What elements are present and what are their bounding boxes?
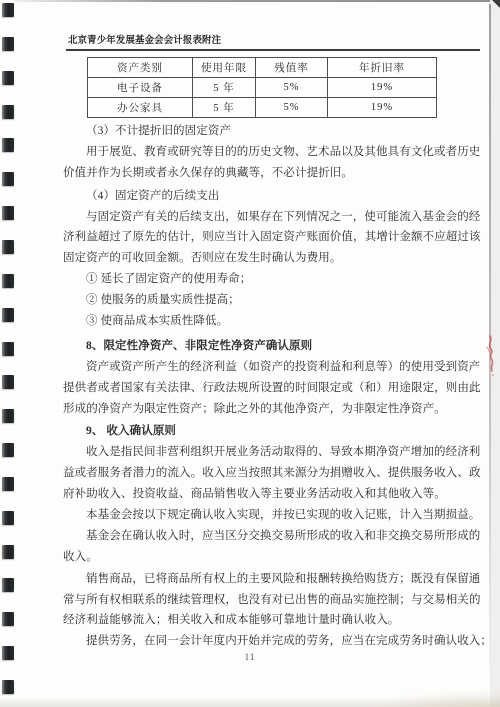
header-rule bbox=[66, 49, 480, 51]
binding-hole bbox=[2, 612, 14, 626]
table-cell: 5 年 bbox=[193, 98, 256, 118]
binding-hole bbox=[2, 578, 14, 592]
binding-hole bbox=[2, 545, 14, 559]
text-line: （3）不计提折旧的固定资产 bbox=[63, 121, 449, 142]
table-cell: 办公家具 bbox=[88, 98, 193, 118]
text-line: 用于展览、教育或研究等目的的历史文物、艺术品以及其他具有文化或者历史 bbox=[63, 142, 449, 163]
scan-bottom-corner-shadow bbox=[370, 689, 500, 707]
table-header-cell: 资产类别 bbox=[88, 58, 193, 78]
binding-hole bbox=[2, 37, 14, 51]
table-cell: 19% bbox=[328, 98, 437, 118]
text-line: ① 延长了固定资产的使用寿命； bbox=[63, 269, 449, 290]
binding-holes bbox=[0, 0, 20, 707]
binding-hole bbox=[2, 172, 14, 186]
document-body: （3）不计提折旧的固定资产用于展览、教育或研究等目的的历史文物、艺术品以及其他具… bbox=[63, 121, 449, 652]
binding-hole bbox=[2, 375, 14, 389]
text-line: 本基金会按以下规定确认收入实现，并按已实现的收入记账，计入当期损益。 bbox=[63, 505, 449, 526]
page-top-edge bbox=[14, 0, 500, 2]
binding-hole bbox=[2, 511, 14, 525]
page-corner-mark bbox=[491, 0, 500, 9]
text-line: 销售商品，已将商品所有权上的主要风险和报酬转换给购货方；既没有保留通 bbox=[63, 569, 449, 590]
red-ink-mark bbox=[483, 335, 499, 379]
table-body: 电子设备5 年5%19%办公家具5 年5%19% bbox=[88, 78, 437, 118]
binding-hole bbox=[2, 105, 14, 119]
binding-hole bbox=[2, 71, 14, 85]
binding-hole bbox=[2, 3, 14, 17]
document-header-title: 北京青少年发展基金会会计报表附注 bbox=[68, 32, 221, 46]
binding-hole bbox=[2, 308, 14, 322]
page-number: 11 bbox=[0, 652, 500, 662]
table-cell: 5% bbox=[256, 98, 328, 118]
text-line: 收入是指民间非营利组织开展业务活动取得的、导致本期净资产增加的经济利 bbox=[63, 442, 449, 463]
table-header-row: 资产类别使用年限残值率年折旧率 bbox=[88, 58, 437, 78]
text-line: ③ 使商品成本实质性降低。 bbox=[63, 311, 449, 332]
text-line: 常与所有权相联系的继续管理权，也没有对已出售的商品实施控制；与交易相关的 bbox=[63, 590, 449, 611]
binding-hole bbox=[2, 477, 14, 491]
text-line: 资产或资产所产生的经济利益（如资产的投资利益和利息等）的使用受到资产 bbox=[63, 357, 449, 378]
depreciation-table: 资产类别使用年限残值率年折旧率 电子设备5 年5%19%办公家具5 年5%19% bbox=[87, 57, 437, 118]
table-cell: 5% bbox=[256, 78, 328, 98]
section-heading: 8、限定性净资产、非限定性净资产确认原则 bbox=[63, 336, 449, 357]
binding-hole bbox=[2, 240, 14, 254]
table-header-cell: 使用年限 bbox=[193, 58, 256, 78]
table-row: 办公家具5 年5%19% bbox=[88, 98, 437, 118]
text-line: 固定资产的可收回金额。否则应在发生时确认为费用。 bbox=[63, 248, 449, 269]
binding-hole bbox=[2, 443, 14, 457]
text-line: 价值并作为长期或者永久保存的典藏等，不必计提折旧。 bbox=[63, 163, 449, 184]
table-header-cell: 年折旧率 bbox=[328, 58, 437, 78]
text-line: 益或者服务者潜力的流入。收入应当按照其来源分为捐赠收入、提供服务收入、政 bbox=[63, 463, 449, 484]
text-line: （4）固定资产的后续支出 bbox=[63, 186, 449, 207]
binding-hole bbox=[2, 138, 14, 152]
text-line: 收入。 bbox=[63, 547, 449, 568]
text-line: 基金会在确认收入时，应当区分交换交易所形成的收入和非交换交易所形成的 bbox=[63, 526, 449, 547]
binding-hole bbox=[2, 342, 14, 356]
table-cell: 电子设备 bbox=[88, 78, 193, 98]
table-cell: 19% bbox=[328, 78, 437, 98]
binding-hole bbox=[2, 274, 14, 288]
text-line: 形成的净资产为限定性资产；除此之外的其他净资产，为非限定性净资产。 bbox=[63, 399, 449, 420]
table-row: 电子设备5 年5%19% bbox=[88, 78, 437, 98]
text-line: 提供劳务，在同一会计年度内开始并完成的劳务，应当在完成劳务时确认收入； bbox=[63, 631, 449, 652]
table-cell: 5 年 bbox=[193, 78, 256, 98]
binding-hole bbox=[2, 206, 14, 220]
text-line: 府补助收入、投资收益、商品销售收入等主要业务活动收入和其他收入等。 bbox=[63, 484, 449, 505]
table-header-cell: 残值率 bbox=[256, 58, 328, 78]
text-line: 经济利益能够流入；相关收入和成本能够可靠地计量时确认收入。 bbox=[63, 610, 449, 631]
text-line: 与固定资产有关的后续支出，如果存在下列情况之一，使可能流入基金会的经 bbox=[63, 207, 449, 228]
binding-hole bbox=[2, 409, 14, 423]
text-line: 济利益超过了原先的估计，则应当计入固定资产账面价值，其增计金额不应超过该 bbox=[63, 227, 449, 248]
binding-hole bbox=[2, 680, 14, 694]
text-line: 提供者或者国家有关法律、行政法规所设置的时间限定或（和）用途限定，则由此 bbox=[63, 378, 449, 399]
text-line: ② 使服务的质量实质性提高； bbox=[63, 290, 449, 311]
section-heading: 9、 收入确认原则 bbox=[63, 421, 449, 442]
